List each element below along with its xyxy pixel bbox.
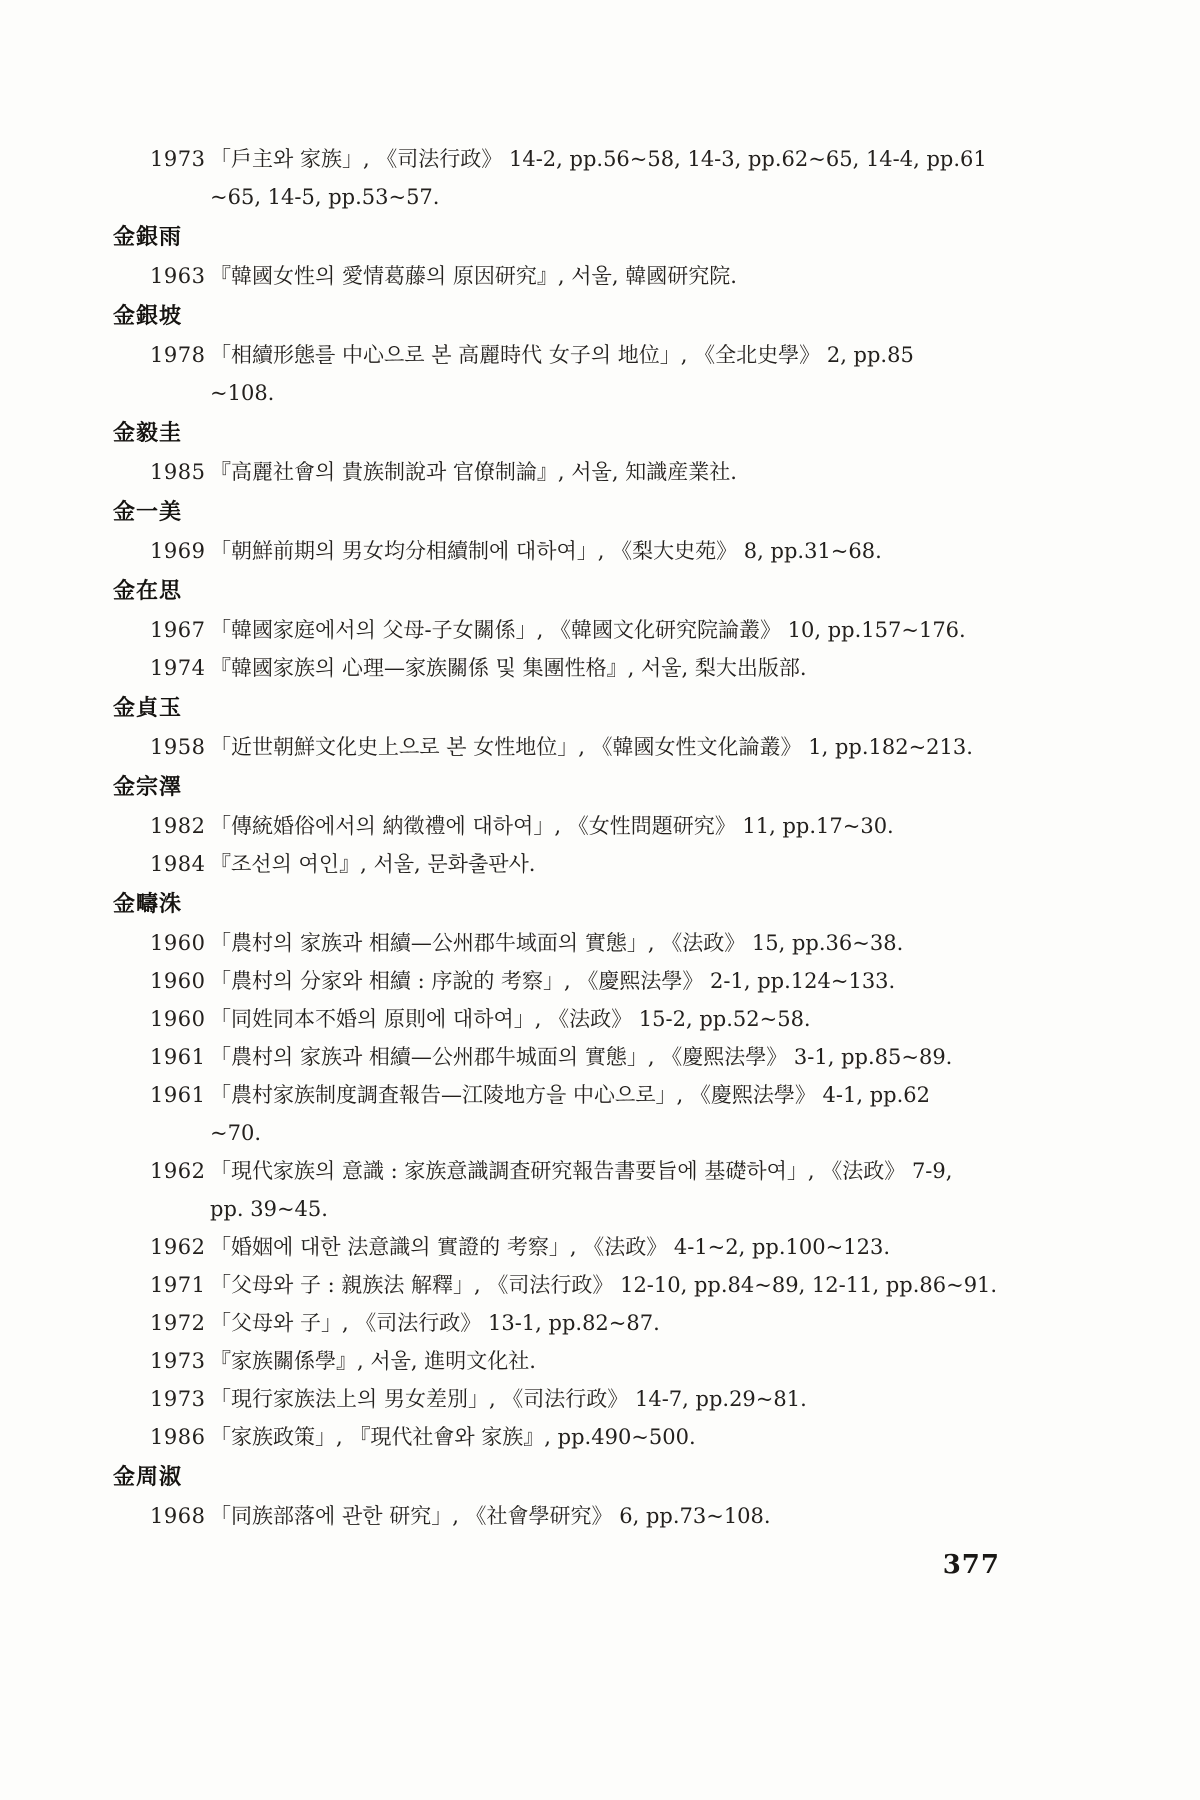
entry-text-line: 『高麗社會의 貴族制說과 官僚制論』, 서울, 知識産業社. [210, 453, 1110, 491]
entry-text-line: 「同族部落에 관한 研究」, 《社會學研究》 6, pp.73~108. [210, 1497, 1110, 1535]
entry-year: 1982 [150, 807, 210, 845]
entry-text-line: 「農村의 家族과 相續—公州郡牛城面의 實態」, 《慶熙法學》 3-1, pp.… [210, 1038, 1110, 1076]
bibliography-entry: 1973「戶主와 家族」, 《司法行政》 14-2, pp.56~58, 14-… [0, 140, 1200, 216]
entry-text-line: 「父母와 子 : 親族法 解釋」, 《司法行政》 12-10, pp.84~89… [210, 1266, 1110, 1304]
entry-text-line: pp. 39~45. [210, 1190, 1110, 1228]
entry-text-line: 「同姓同本不婚의 原則에 대하여」, 《法政》 15-2, pp.52~58. [210, 1000, 1110, 1038]
entry-text-line: 「戶主와 家族」, 《司法行政》 14-2, pp.56~58, 14-3, p… [210, 140, 1110, 178]
entry-year: 1962 [150, 1228, 210, 1266]
entry-year: 1973 [150, 1342, 210, 1380]
bibliography-entry: 1961「農村家族制度調査報告—江陵地方을 中心으로」, 《慶熙法學》 4-1,… [0, 1076, 1200, 1152]
scanned-book-page: 1973「戶主와 家族」, 《司法行政》 14-2, pp.56~58, 14-… [0, 0, 1200, 1800]
entry-year: 1958 [150, 728, 210, 766]
entry-text-line: 「朝鮮前期의 男女均分相續制에 대하여」, 《梨大史苑》 8, pp.31~68… [210, 532, 1110, 570]
entry-year: 1978 [150, 336, 210, 374]
page-number: 377 [943, 1550, 1000, 1580]
entry-year: 1972 [150, 1304, 210, 1342]
entry-text-line: 「近世朝鮮文化史上으로 본 女性地位」, 《韓國女性文化論叢》 1, pp.18… [210, 728, 1110, 766]
author-heading: 金宗澤 [0, 769, 1200, 807]
bibliography-entry: 1973「現行家族法上의 男女差別」, 《司法行政》 14-7, pp.29~8… [0, 1380, 1200, 1418]
bibliography-entry: 1973『家族關係學』, 서울, 進明文化社. [0, 1342, 1200, 1380]
entry-text-line: 『조선의 여인』, 서울, 문화출판사. [210, 845, 1110, 883]
bibliography-entry: 1961「農村의 家族과 相續—公州郡牛城面의 實態」, 《慶熙法學》 3-1,… [0, 1038, 1200, 1076]
entry-text: 「農村의 分家와 相續 : 序說的 考察」, 《慶熙法學》 2-1, pp.12… [210, 962, 1110, 1000]
entry-text-line: 「農村의 家族과 相續—公州郡牛域面의 實態」, 《法政》 15, pp.36~… [210, 924, 1110, 962]
author-heading: 金銀雨 [0, 219, 1200, 257]
entry-text-line: 「家族政策」, 『現代社會와 家族』, pp.490~500. [210, 1418, 1110, 1456]
bibliography-entry: 1962「現代家族의 意識 : 家族意識調査研究報告書要旨에 基礎하여」, 《法… [0, 1152, 1200, 1228]
entry-year: 1960 [150, 924, 210, 962]
bibliography-entry: 1968「同族部落에 관한 研究」, 《社會學研究》 6, pp.73~108. [0, 1497, 1200, 1535]
author-heading: 金一美 [0, 494, 1200, 532]
entry-text: 「同姓同本不婚의 原則에 대하여」, 《法政》 15-2, pp.52~58. [210, 1000, 1110, 1038]
entry-text: 「農村家族制度調査報告—江陵地方을 中心으로」, 《慶熙法學》 4-1, pp.… [210, 1076, 1110, 1152]
entry-text: 『조선의 여인』, 서울, 문화출판사. [210, 845, 1110, 883]
entry-text-line: ~65, 14-5, pp.53~57. [210, 178, 1110, 216]
entry-text: 「家族政策」, 『現代社會와 家族』, pp.490~500. [210, 1418, 1110, 1456]
entry-text: 「父母와 子」, 《司法行政》 13-1, pp.82~87. [210, 1304, 1110, 1342]
entry-year: 1960 [150, 962, 210, 1000]
author-heading: 金貞玉 [0, 690, 1200, 728]
entry-text: 「朝鮮前期의 男女均分相續制에 대하여」, 《梨大史苑》 8, pp.31~68… [210, 532, 1110, 570]
entry-year: 1984 [150, 845, 210, 883]
bibliography-entry: 1967「韓國家庭에서의 父母-子女關係」, 《韓國文化研究院論叢》 10, p… [0, 611, 1200, 649]
entry-year: 1968 [150, 1497, 210, 1535]
entry-year: 1971 [150, 1266, 210, 1304]
entry-text: 「近世朝鮮文化史上으로 본 女性地位」, 《韓國女性文化論叢》 1, pp.18… [210, 728, 1110, 766]
bibliography-entry: 1960「同姓同本不婚의 原則에 대하여」, 《法政》 15-2, pp.52~… [0, 1000, 1200, 1038]
bibliography-entry: 1978「相續形態를 中心으로 본 高麗時代 女子의 地位」, 《全北史學》 2… [0, 336, 1200, 412]
bibliography-entry: 1971「父母와 子 : 親族法 解釋」, 《司法行政》 12-10, pp.8… [0, 1266, 1200, 1304]
entry-text: 「農村의 家族과 相續—公州郡牛域面의 實態」, 《法政》 15, pp.36~… [210, 924, 1110, 962]
entry-text: 『韓國家族의 心理—家族關係 및 集團性格』, 서울, 梨大出版部. [210, 649, 1110, 687]
entry-text-line: 『家族關係學』, 서울, 進明文化社. [210, 1342, 1110, 1380]
entry-year: 1986 [150, 1418, 210, 1456]
entry-text-line: ~108. [210, 374, 1110, 412]
entry-year: 1973 [150, 1380, 210, 1418]
bibliography-entry: 1982「傳統婚俗에서의 納徵禮에 대하여」, 《女性問題研究》 11, pp.… [0, 807, 1200, 845]
entry-text-line: ~70. [210, 1114, 1110, 1152]
entry-year: 1960 [150, 1000, 210, 1038]
entry-text: 「農村의 家族과 相續—公州郡牛城面의 實態」, 《慶熙法學》 3-1, pp.… [210, 1038, 1110, 1076]
entry-text-line: 『韓國家族의 心理—家族關係 및 集團性格』, 서울, 梨大出版部. [210, 649, 1110, 687]
entry-text-line: 「傳統婚俗에서의 納徵禮에 대하여」, 《女性問題研究》 11, pp.17~3… [210, 807, 1110, 845]
author-heading: 金毅圭 [0, 415, 1200, 453]
entry-text: 「韓國家庭에서의 父母-子女關係」, 《韓國文化研究院論叢》 10, pp.15… [210, 611, 1110, 649]
entry-text-line: 「農村의 分家와 相續 : 序說的 考察」, 《慶熙法學》 2-1, pp.12… [210, 962, 1110, 1000]
entry-year: 1961 [150, 1038, 210, 1076]
entry-text: 「婚姻에 대한 法意識의 實證的 考察」, 《法政》 4-1~2, pp.100… [210, 1228, 1110, 1266]
entry-text-line: 「父母와 子」, 《司法行政》 13-1, pp.82~87. [210, 1304, 1110, 1342]
entry-text: 「傳統婚俗에서의 納徵禮에 대하여」, 《女性問題研究》 11, pp.17~3… [210, 807, 1110, 845]
bibliography-entry: 1960「農村의 分家와 相續 : 序說的 考察」, 《慶熙法學》 2-1, p… [0, 962, 1200, 1000]
entry-text: 「相續形態를 中心으로 본 高麗時代 女子의 地位」, 《全北史學》 2, pp… [210, 336, 1110, 412]
bibliography-entry: 1963『韓國女性의 愛情葛藤의 原因研究』, 서울, 韓國研究院. [0, 257, 1200, 295]
bibliography-entry: 1984『조선의 여인』, 서울, 문화출판사. [0, 845, 1200, 883]
bibliography-entry: 1960「農村의 家族과 相續—公州郡牛域面의 實態」, 《法政》 15, pp… [0, 924, 1200, 962]
bibliography-entry: 1958「近世朝鮮文化史上으로 본 女性地位」, 《韓國女性文化論叢》 1, p… [0, 728, 1200, 766]
bibliography-entry: 1986「家族政策」, 『現代社會와 家族』, pp.490~500. [0, 1418, 1200, 1456]
entry-year: 1962 [150, 1152, 210, 1190]
entry-text-line: 「農村家族制度調査報告—江陵地方을 中心으로」, 《慶熙法學》 4-1, pp.… [210, 1076, 1110, 1114]
entry-year: 1969 [150, 532, 210, 570]
entry-year: 1963 [150, 257, 210, 295]
author-heading: 金周淑 [0, 1459, 1200, 1497]
entry-year: 1961 [150, 1076, 210, 1114]
entry-text-line: 「現代家族의 意識 : 家族意識調査研究報告書要旨에 基礎하여」, 《法政》 7… [210, 1152, 1110, 1190]
entry-text-line: 「現行家族法上의 男女差別」, 《司法行政》 14-7, pp.29~81. [210, 1380, 1110, 1418]
entry-text: 「同族部落에 관한 研究」, 《社會學研究》 6, pp.73~108. [210, 1497, 1110, 1535]
entry-year: 1973 [150, 140, 210, 178]
entry-text: 『高麗社會의 貴族制說과 官僚制論』, 서울, 知識産業社. [210, 453, 1110, 491]
entry-text: 「父母와 子 : 親族法 解釋」, 《司法行政》 12-10, pp.84~89… [210, 1266, 1110, 1304]
entry-text: 『家族關係學』, 서울, 進明文化社. [210, 1342, 1110, 1380]
bibliography-entry: 1974『韓國家族의 心理—家族關係 및 集團性格』, 서울, 梨大出版部. [0, 649, 1200, 687]
author-heading: 金疇洙 [0, 886, 1200, 924]
entry-text: 『韓國女性의 愛情葛藤의 原因研究』, 서울, 韓國研究院. [210, 257, 1110, 295]
bibliography-list: 1973「戶主와 家族」, 《司法行政》 14-2, pp.56~58, 14-… [0, 0, 1200, 1535]
entry-year: 1985 [150, 453, 210, 491]
bibliography-entry: 1972「父母와 子」, 《司法行政》 13-1, pp.82~87. [0, 1304, 1200, 1342]
entry-text-line: 「婚姻에 대한 法意識의 實證的 考察」, 《法政》 4-1~2, pp.100… [210, 1228, 1110, 1266]
author-heading: 金在思 [0, 573, 1200, 611]
entry-text-line: 「韓國家庭에서의 父母-子女關係」, 《韓國文化研究院論叢》 10, pp.15… [210, 611, 1110, 649]
bibliography-entry: 1985『高麗社會의 貴族制說과 官僚制論』, 서울, 知識産業社. [0, 453, 1200, 491]
entry-text: 「現代家族의 意識 : 家族意識調査研究報告書要旨에 基礎하여」, 《法政》 7… [210, 1152, 1110, 1228]
entry-text: 「戶主와 家族」, 《司法行政》 14-2, pp.56~58, 14-3, p… [210, 140, 1110, 216]
entry-year: 1974 [150, 649, 210, 687]
entry-year: 1967 [150, 611, 210, 649]
bibliography-entry: 1969「朝鮮前期의 男女均分相續制에 대하여」, 《梨大史苑》 8, pp.3… [0, 532, 1200, 570]
author-heading: 金銀坡 [0, 298, 1200, 336]
entry-text-line: 『韓國女性의 愛情葛藤의 原因研究』, 서울, 韓國研究院. [210, 257, 1110, 295]
bibliography-entry: 1962「婚姻에 대한 法意識의 實證的 考察」, 《法政》 4-1~2, pp… [0, 1228, 1200, 1266]
entry-text-line: 「相續形態를 中心으로 본 高麗時代 女子의 地位」, 《全北史學》 2, pp… [210, 336, 1110, 374]
entry-text: 「現行家族法上의 男女差別」, 《司法行政》 14-7, pp.29~81. [210, 1380, 1110, 1418]
